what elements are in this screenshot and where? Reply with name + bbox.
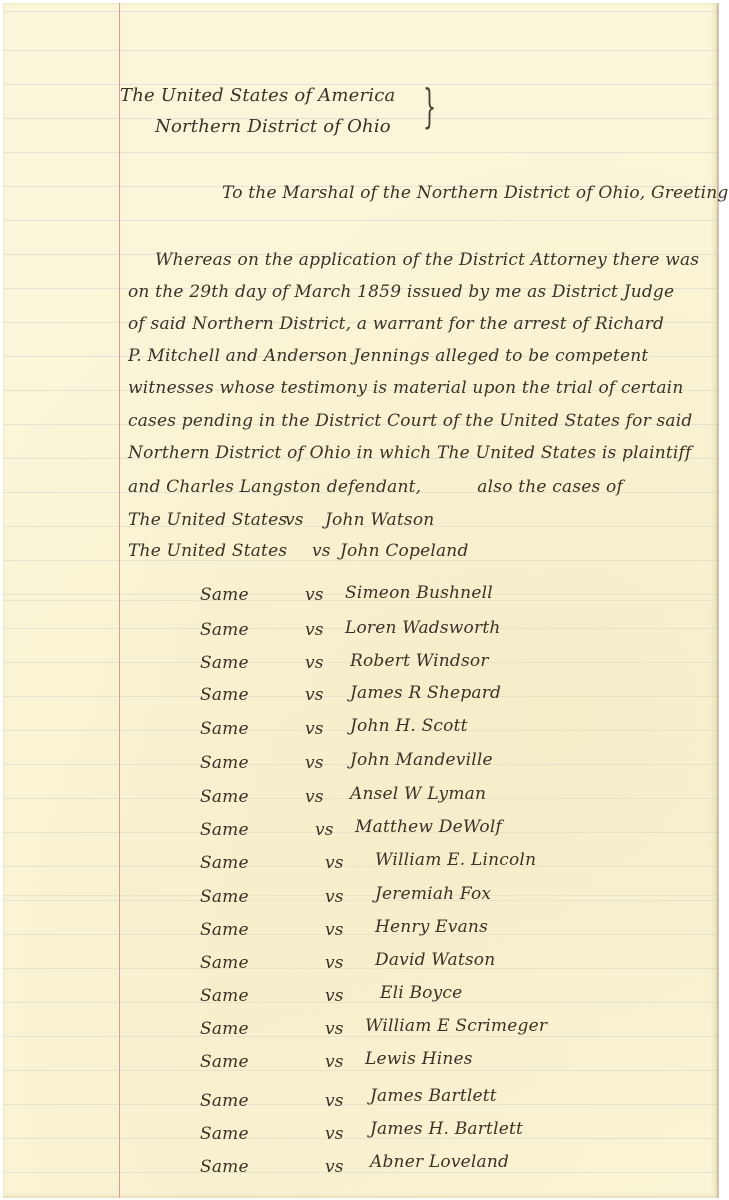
case-vs: vs [305, 719, 324, 739]
case-defendant: Abner Loveland [370, 1152, 509, 1172]
case-defendant: Robert Windsor [350, 651, 489, 671]
salutation: To the Marshal of the Northern District … [222, 183, 729, 203]
case-vs: vs [325, 986, 344, 1006]
case-defendant: Loren Wadsworth [345, 618, 501, 638]
case-plaintiff: Same [200, 1157, 249, 1177]
body-line: witnesses whose testimony is material up… [128, 378, 708, 398]
case-defendant: Matthew DeWolf [355, 817, 502, 837]
case-defendant: John Copeland [340, 541, 469, 561]
case-defendant: John Watson [325, 510, 434, 530]
case-defendant: James R Shepard [350, 683, 501, 703]
case-vs: vs [325, 953, 344, 973]
case-plaintiff: The United States [128, 510, 287, 530]
case-defendant: Simeon Bushnell [345, 583, 493, 603]
caption-brace-icon: } [423, 83, 436, 129]
case-vs: vs [325, 1052, 344, 1072]
case-vs: vs [325, 920, 344, 940]
body-line: cases pending in the District Court of t… [128, 411, 708, 431]
case-plaintiff: Same [200, 853, 249, 873]
case-vs: vs [305, 585, 324, 605]
case-plaintiff: Same [200, 620, 249, 640]
case-defendant: Lewis Hines [365, 1049, 473, 1069]
case-vs: vs [305, 787, 324, 807]
case-plaintiff: Same [200, 1091, 249, 1111]
case-plaintiff: Same [200, 753, 249, 773]
case-defendant: David Watson [375, 950, 495, 970]
case-defendant: Eli Boyce [380, 983, 462, 1003]
case-defendant: Ansel W Lyman [350, 784, 486, 804]
case-vs: vs [285, 510, 304, 530]
case-plaintiff: The United States [128, 541, 287, 561]
case-vs: vs [325, 887, 344, 907]
case-plaintiff: Same [200, 820, 249, 840]
body-line: Whereas on the application of the Distri… [155, 250, 729, 270]
case-vs: vs [305, 653, 324, 673]
case-plaintiff: Same [200, 986, 249, 1006]
body-line: and Charles Langston defendant, also the… [128, 477, 708, 497]
case-defendant: Henry Evans [375, 917, 488, 937]
case-vs: vs [325, 1019, 344, 1039]
margin-rule [119, 3, 120, 1198]
case-plaintiff: Same [200, 887, 249, 907]
case-plaintiff: Same [200, 653, 249, 673]
case-plaintiff: Same [200, 953, 249, 973]
body-line: of said Northern District, a warrant for… [128, 314, 708, 334]
body-line: P. Mitchell and Anderson Jennings allege… [128, 346, 708, 366]
paper-fold-line [3, 895, 718, 897]
case-vs: vs [305, 753, 324, 773]
case-defendant: James Bartlett [370, 1086, 497, 1106]
case-defendant: James H. Bartlett [370, 1119, 523, 1139]
case-vs: vs [325, 1091, 344, 1111]
case-plaintiff: Same [200, 920, 249, 940]
body-line: Northern District of Ohio in which The U… [128, 443, 708, 463]
case-vs: vs [305, 685, 324, 705]
case-plaintiff: Same [200, 585, 249, 605]
case-vs: vs [312, 541, 331, 561]
case-defendant: William E. Lincoln [375, 850, 536, 870]
case-defendant: John H. Scott [350, 716, 468, 736]
caption-line-1: The United States of America [120, 85, 395, 106]
body-line: on the 29th day of March 1859 issued by … [128, 282, 708, 302]
case-plaintiff: Same [200, 1019, 249, 1039]
case-defendant: Jeremiah Fox [375, 884, 491, 904]
case-vs: vs [325, 1124, 344, 1144]
case-defendant: John Mandeville [350, 750, 493, 770]
case-plaintiff: Same [200, 787, 249, 807]
case-plaintiff: Same [200, 719, 249, 739]
case-plaintiff: Same [200, 1124, 249, 1144]
case-plaintiff: Same [200, 1052, 249, 1072]
case-plaintiff: Same [200, 685, 249, 705]
caption-line-2: Northern District of Ohio [155, 116, 391, 137]
case-vs: vs [315, 820, 334, 840]
case-vs: vs [325, 853, 344, 873]
case-defendant: William E Scrimeger [365, 1016, 547, 1036]
case-vs: vs [305, 620, 324, 640]
case-vs: vs [325, 1157, 344, 1177]
